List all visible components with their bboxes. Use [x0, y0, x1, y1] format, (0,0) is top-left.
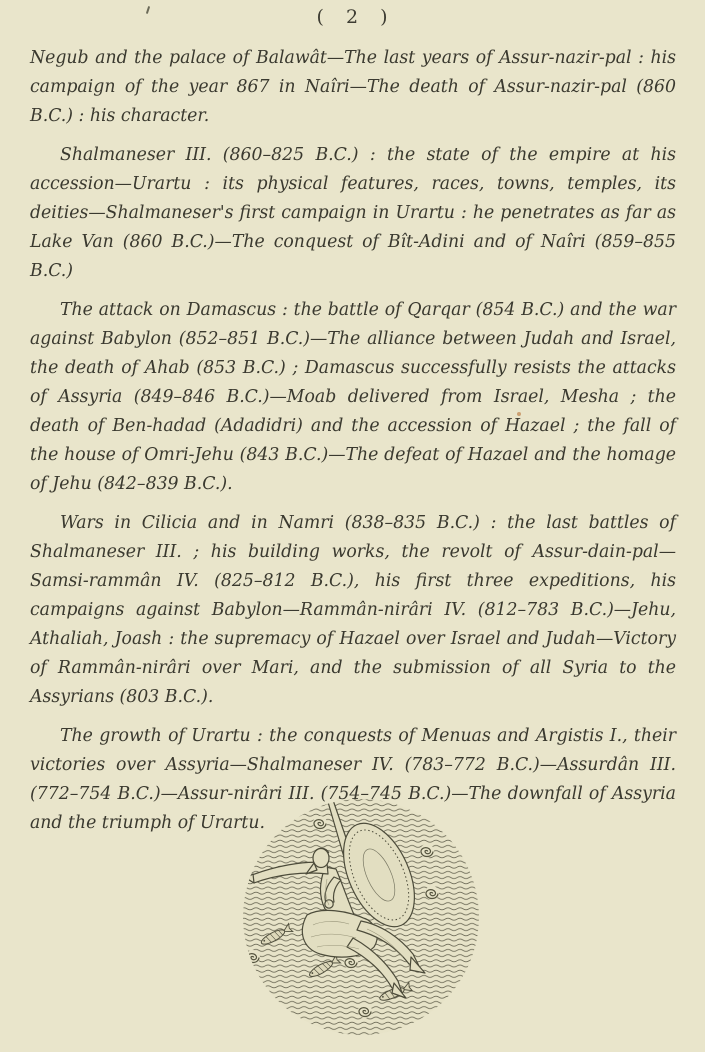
- contents-summary-text: Negub and the palace of Balawât—The last…: [30, 44, 676, 838]
- book-page: { "page": { "folio": "( 2 )", "paragraph…: [0, 0, 705, 1052]
- summary-paragraph: Shalmaneser III. (860–825 B.C.) : the st…: [30, 141, 676, 286]
- summary-paragraph: Wars in Cilicia and in Namri (838–835 B.…: [30, 509, 676, 712]
- swimmer-with-shield-engraving-icon: [241, 797, 481, 1037]
- summary-paragraph: Negub and the palace of Balawât—The last…: [30, 44, 676, 131]
- folio-page-number: ( 2 ): [0, 6, 705, 28]
- circular-engraving: [241, 797, 481, 1037]
- summary-paragraph: The attack on Damascus : the battle of Q…: [30, 296, 676, 499]
